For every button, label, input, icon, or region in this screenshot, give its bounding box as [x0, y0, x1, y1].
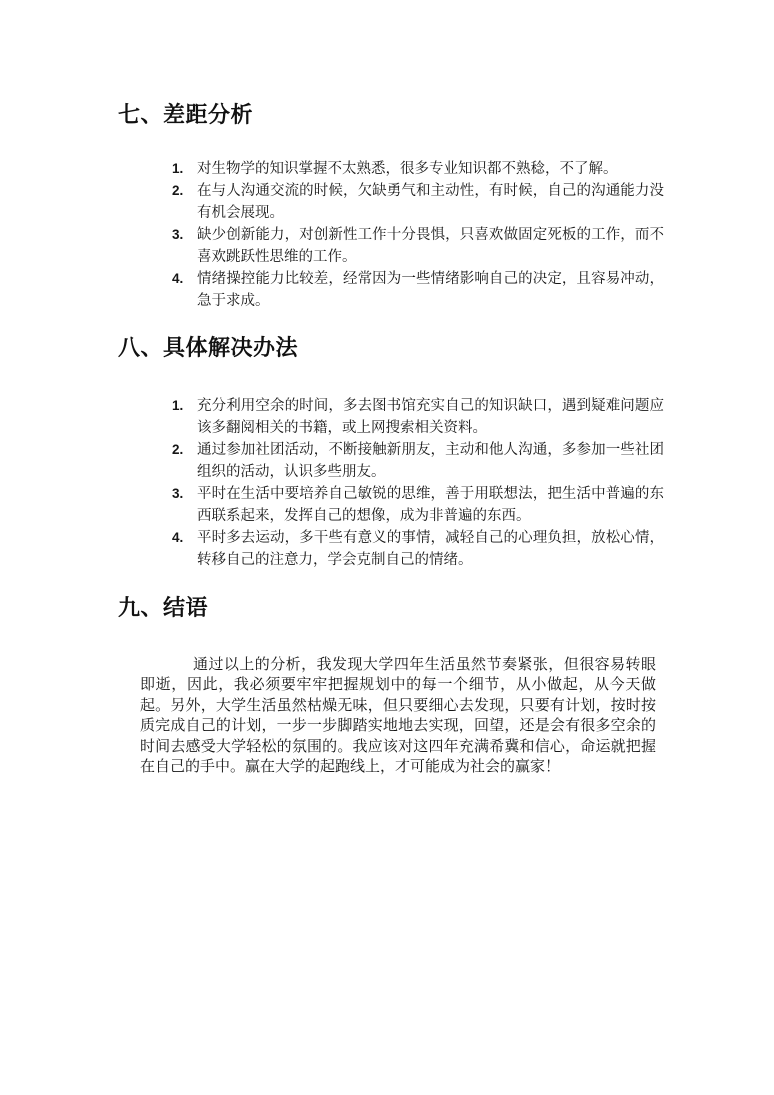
list-item-marker: 4. [172, 268, 197, 290]
list-item-text: 通过参加社团活动，不断接触新朋友，主动和他人沟通，多参加一些社团组织的活动，认识… [197, 439, 664, 483]
section-heading-solutions: 八、具体解决办法 [118, 334, 664, 362]
list-item: 1. 充分利用空余的时间，多去图书馆充实自己的知识缺口，遇到疑难问题应该多翻阅相… [172, 395, 664, 439]
list-item-text: 充分利用空余的时间，多去图书馆充实自己的知识缺口，遇到疑难问题应该多翻阅相关的书… [197, 395, 664, 439]
section-heading-gap-analysis: 七、差距分析 [118, 101, 664, 129]
list-item-marker: 1. [172, 158, 197, 180]
gap-analysis-list: 1. 对生物学的知识掌握不太熟悉，很多专业知识都不熟稔，不了解。 2. 在与人沟… [172, 158, 664, 312]
solutions-list: 1. 充分利用空余的时间，多去图书馆充实自己的知识缺口，遇到疑难问题应该多翻阅相… [172, 395, 664, 571]
conclusion-paragraph: 通过以上的分析，我发现大学四年生活虽然节奏紧张，但很容易转眼即逝，因此，我必须要… [140, 655, 656, 777]
list-item-text: 平时多去运动，多干些有意义的事情，减轻自己的心理负担，放松心情，转移自己的注意力… [197, 527, 664, 571]
document-content: 七、差距分析 1. 对生物学的知识掌握不太熟悉，很多专业知识都不熟稔，不了解。 … [118, 0, 664, 777]
list-item-text: 在与人沟通交流的时候，欠缺勇气和主动性，有时候，自己的沟通能力没有机会展现。 [197, 180, 664, 224]
section-heading-conclusion: 九、结语 [118, 594, 664, 622]
list-item-text: 平时在生活中要培养自己敏锐的思维，善于用联想法，把生活中普遍的东西联系起来，发挥… [197, 483, 664, 527]
list-item: 1. 对生物学的知识掌握不太熟悉，很多专业知识都不熟稔，不了解。 [172, 158, 664, 180]
list-item-marker: 3. [172, 483, 197, 505]
list-item-text: 缺少创新能力，对创新性工作十分畏惧，只喜欢做固定死板的工作，而不喜欢跳跃性思维的… [197, 224, 664, 268]
list-item-marker: 4. [172, 527, 197, 549]
list-item-marker: 2. [172, 439, 197, 461]
list-item: 3. 缺少创新能力，对创新性工作十分畏惧，只喜欢做固定死板的工作，而不喜欢跳跃性… [172, 224, 664, 268]
list-item-marker: 2. [172, 180, 197, 202]
list-item: 4. 情绪操控能力比较差，经常因为一些情绪影响自己的决定，且容易冲动，急于求成。 [172, 268, 664, 312]
list-item-text: 对生物学的知识掌握不太熟悉，很多专业知识都不熟稔，不了解。 [197, 158, 664, 180]
document-page: 七、差距分析 1. 对生物学的知识掌握不太熟悉，很多专业知识都不熟稔，不了解。 … [0, 0, 774, 1095]
list-item: 4. 平时多去运动，多干些有意义的事情，减轻自己的心理负担，放松心情，转移自己的… [172, 527, 664, 571]
list-item-marker: 3. [172, 224, 197, 246]
list-item-text: 情绪操控能力比较差，经常因为一些情绪影响自己的决定，且容易冲动，急于求成。 [197, 268, 664, 312]
list-item: 3. 平时在生活中要培养自己敏锐的思维，善于用联想法，把生活中普遍的东西联系起来… [172, 483, 664, 527]
list-item: 2. 在与人沟通交流的时候，欠缺勇气和主动性，有时候，自己的沟通能力没有机会展现… [172, 180, 664, 224]
list-item-marker: 1. [172, 395, 197, 417]
list-item: 2. 通过参加社团活动，不断接触新朋友，主动和他人沟通，多参加一些社团组织的活动… [172, 439, 664, 483]
